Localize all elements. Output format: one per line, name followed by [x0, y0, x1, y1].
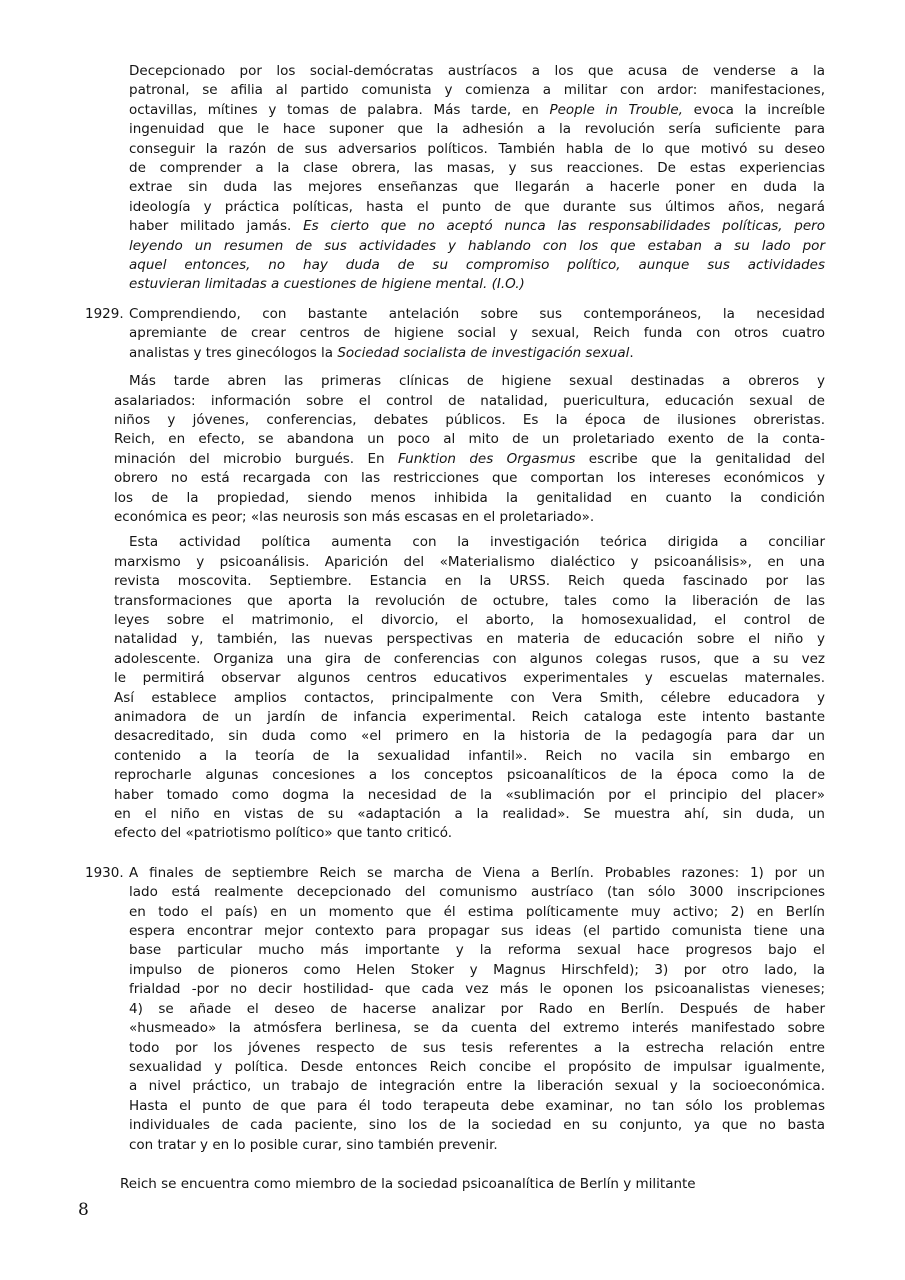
document-body: Decepcionado por los social-demócratas a…	[85, 62, 825, 1194]
text-line: desacreditado, sin duda como «el primero…	[114, 727, 825, 746]
text-line: en todo el país) en un momento que él es…	[129, 903, 825, 922]
text-line: individuales de cada paciente, sino los …	[129, 1116, 825, 1135]
text-line: lado está realmente decepcionado del com…	[129, 883, 825, 902]
paragraph: Decepcionado por los social-demócratas a…	[129, 62, 825, 295]
paragraph: Esta actividad política aumenta con la i…	[114, 533, 825, 844]
text-line: minación del microbio burgués. En Funkti…	[114, 450, 825, 469]
text-line: asalariados: información sobre el contro…	[114, 392, 825, 411]
text-line: patronal, se afilia al partido comunista…	[129, 81, 825, 100]
text-line: haber militado jamás. Es cierto que no a…	[129, 217, 825, 236]
text-line: ideología y práctica políticas, hasta el…	[129, 198, 825, 217]
text-line: contenido a la teoría de la sexualidad i…	[114, 747, 825, 766]
paragraph: Más tarde abren las primeras clínicas de…	[114, 372, 825, 527]
year-entry: 1929.Comprendiendo, con bastante antelac…	[85, 305, 825, 363]
text-line: transformaciones que aporta la revolució…	[114, 592, 825, 611]
text-line: Esta actividad política aumenta con la i…	[114, 533, 825, 552]
year-label: 1930.	[85, 864, 124, 883]
text-line: efecto del «patriotismo político» que ta…	[114, 824, 825, 843]
text-line: ingenuidad que le hace suponer que la ad…	[129, 120, 825, 139]
text-line: octavillas, mítines y tomas de palabra. …	[129, 101, 825, 120]
text-line: estuvieran limitadas a cuestiones de hig…	[129, 275, 825, 294]
text-line: haber tomado como dogma la necesidad de …	[114, 786, 825, 805]
document-page: Decepcionado por los social-demócratas a…	[0, 0, 905, 1194]
text-line: a nivel práctico, un trabajo de integrac…	[129, 1077, 825, 1096]
paragraph: Reich se encuentra como miembro de la so…	[114, 1175, 825, 1194]
text-line: sexualidad y política. Desde entonces Re…	[129, 1058, 825, 1077]
text-line: todo por los jóvenes respecto de sus tes…	[129, 1039, 825, 1058]
year-label: 1929.	[85, 305, 124, 324]
text-line: con tratar y en lo posible curar, sino t…	[129, 1136, 825, 1155]
text-line: impulso de pioneros como Helen Stoker y …	[129, 961, 825, 980]
text-line: revista moscovita. Septiembre. Estancia …	[114, 572, 825, 591]
text-line: espera encontrar mejor contexto para pro…	[129, 922, 825, 941]
text-line: «husmeado» la atmósfera berlinesa, se da…	[129, 1019, 825, 1038]
text-line: conseguir la razón de sus adversarios po…	[129, 140, 825, 159]
text-line: Reich, en efecto, se abandona un poco al…	[114, 430, 825, 449]
text-line: Hasta el punto de que para él todo terap…	[129, 1097, 825, 1116]
text-line: Más tarde abren las primeras clínicas de…	[114, 372, 825, 391]
text-line: analistas y tres ginecólogos la Sociedad…	[129, 344, 825, 363]
text-line: en el niño en vistas de su «adaptación a…	[114, 805, 825, 824]
text-line: extrae sin duda las mejores enseñanzas q…	[129, 178, 825, 197]
year-entry: 1930.A finales de septiembre Reich se ma…	[85, 864, 825, 1155]
text-line: frialdad -por no decir hostilidad- que c…	[129, 980, 825, 999]
text-line: base particular mucho más importante y l…	[129, 941, 825, 960]
page-number: 8	[78, 1200, 89, 1220]
text-line: natalidad y, también, las nuevas perspec…	[114, 630, 825, 649]
text-line: económica es peor; «las neurosis son más…	[114, 508, 825, 527]
text-line: obrero no está recargada con las restric…	[114, 469, 825, 488]
text-line: A finales de septiembre Reich se marcha …	[129, 864, 825, 883]
text-line: Comprendiendo, con bastante antelación s…	[129, 305, 825, 324]
text-line: reprocharle algunas concesiones a los co…	[114, 766, 825, 785]
text-line: de comprender a la clase obrera, las mas…	[129, 159, 825, 178]
text-line: animadora de un jardín de infancia exper…	[114, 708, 825, 727]
text-line: marxismo y psicoanálisis. Aparición del …	[114, 553, 825, 572]
text-line: aquel entonces, no hay duda de su compro…	[129, 256, 825, 275]
text-line: 4) se añade el deseo de hacerse analizar…	[129, 1000, 825, 1019]
text-line: Así establece amplios contactos, princip…	[114, 689, 825, 708]
text-line: Reich se encuentra como miembro de la so…	[114, 1175, 825, 1194]
text-line: los de la propiedad, siendo menos inhibi…	[114, 489, 825, 508]
text-line: Decepcionado por los social-demócratas a…	[129, 62, 825, 81]
text-line: le permitirá observar algunos centros ed…	[114, 669, 825, 688]
text-line: leyes sobre el matrimonio, el divorcio, …	[114, 611, 825, 630]
text-line: leyendo un resumen de sus actividades y …	[129, 237, 825, 256]
text-line: niños y jóvenes, conferencias, debates p…	[114, 411, 825, 430]
text-line: apremiante de crear centros de higiene s…	[129, 324, 825, 343]
text-line: adolescente. Organiza una gira de confer…	[114, 650, 825, 669]
